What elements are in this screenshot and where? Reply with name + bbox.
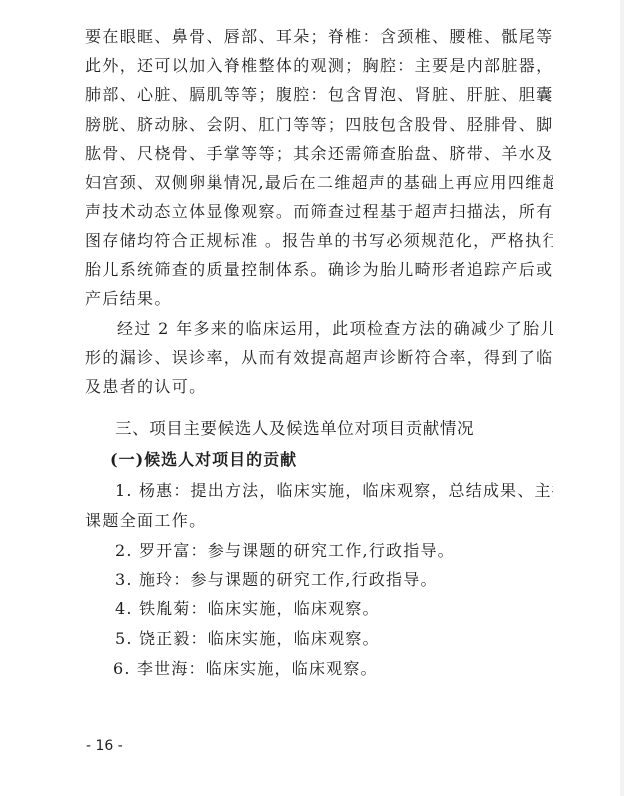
contributor-item: 4. 铁胤菊：临床实施，临床观察。: [85, 594, 553, 623]
page-number: - 16 -: [86, 738, 123, 754]
body-text-line: 肺部、心脏、膈肌等等；腹腔：包含胃泡、肾脏、肝脏、胆囊、: [85, 80, 553, 109]
subsection-heading: (一)候选人对项目的贡献: [85, 445, 553, 474]
body-text-line: 胎儿系统筛查的质量控制体系。确诊为胎儿畸形者追踪产后或引: [85, 255, 553, 284]
section-heading: 三、项目主要候选人及候选单位对项目贡献情况: [85, 414, 553, 443]
contributor-item: 1. 杨惠：提出方法，临床实施，临床观察，总结成果、主持: [85, 476, 553, 505]
contributor-item-continuation: 课题全面工作。: [85, 506, 553, 535]
body-text-line: 妇宫颈、双侧卵巢情况,最后在二维超声的基础上再应用四维超: [85, 168, 553, 197]
body-text-line: 经过 2 年多来的临床运用，此项检查方法的确减少了胎儿畸: [85, 314, 553, 343]
body-text-line: 要在眼眶、鼻骨、唇部、耳朵；脊椎：含颈椎、腰椎、骶尾等，: [85, 22, 553, 51]
body-text-line: 图存储均符合正规标准 。报告单的书写必须规范化，严格执行: [85, 226, 553, 255]
body-text-line: 及患者的认可。: [85, 372, 553, 401]
contributor-item: 5. 饶正毅：临床实施，临床观察。: [85, 624, 553, 653]
body-text-line: 声技术动态立体显像观察。而筛查过程基于超声扫描法，所有采: [85, 197, 553, 226]
contributor-item: 2. 罗开富：参与课题的研究工作,行政指导。: [85, 536, 553, 565]
contributor-item: 6. 李世海：临床实施，临床观察。: [85, 654, 553, 683]
page-edge-shadow: [620, 0, 624, 796]
body-text-line: 形的漏诊、误诊率，从而有效提高超声诊断符合率，得到了临床: [85, 343, 553, 372]
body-text-line: 产后结果。: [85, 284, 553, 313]
body-text-line: 肱骨、尺桡骨、手掌等等；其余还需筛查胎盘、脐带、羊水及孕: [85, 139, 553, 168]
contributor-item: 3. 施玲：参与课题的研究工作,行政指导。: [85, 565, 553, 594]
body-text-line: 膀胱、脐动脉、会阴、肛门等等；四肢包含股骨、胫腓骨、脚掌、: [85, 110, 553, 139]
body-text-line: 此外，还可以加入脊椎整体的观测；胸腔：主要是内部脏器，即: [85, 51, 553, 80]
